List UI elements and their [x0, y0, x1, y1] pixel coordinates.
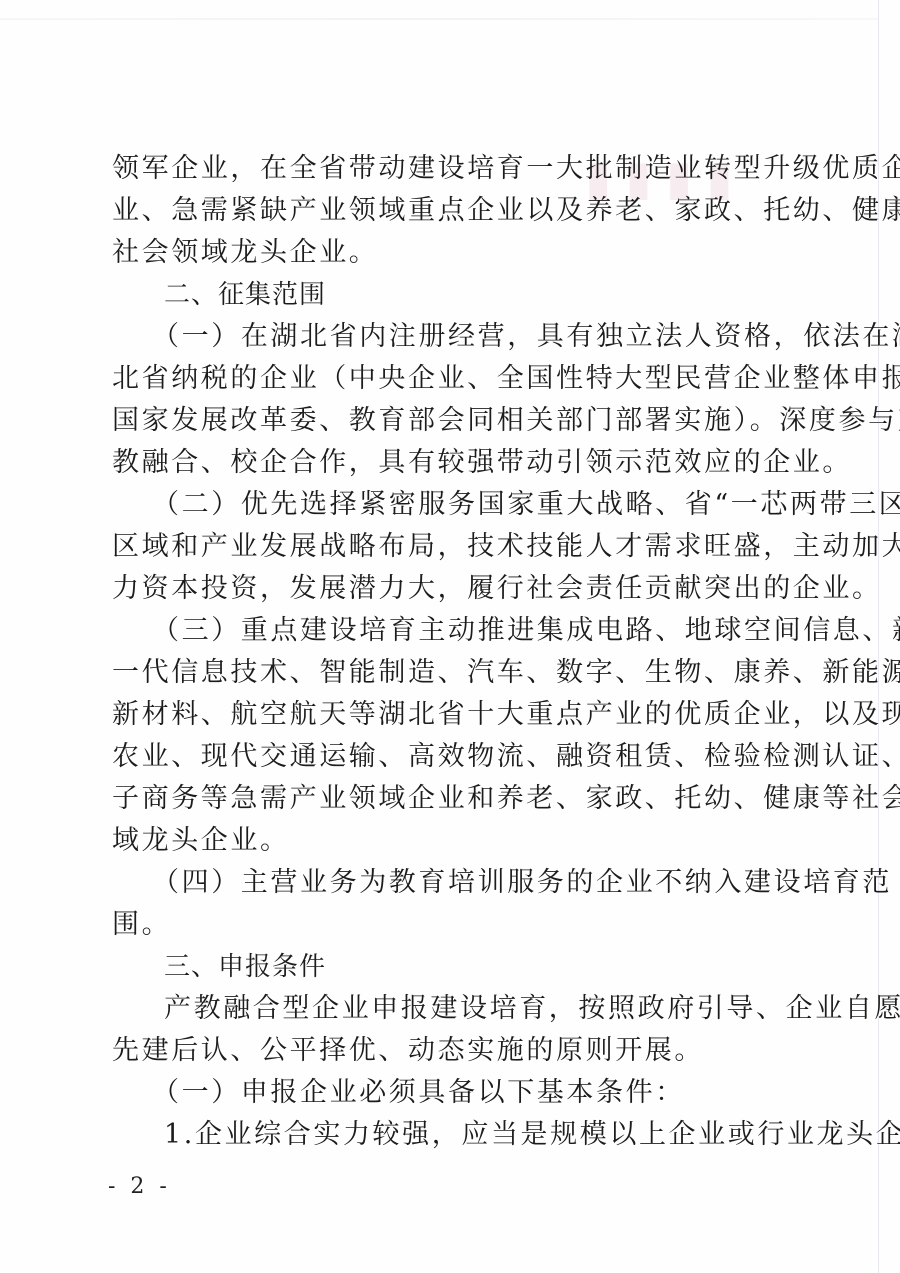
text-line: 子商务等急需产业领域企业和养老、家政、托幼、健康等社会领 — [112, 778, 796, 820]
text-line: 领军企业，在全省带动建设培育一大批制造业转型升级优质企 — [112, 148, 796, 190]
text-line: （一）申报企业必须具备以下基本条件： — [112, 1072, 796, 1114]
text-line: 力资本投资，发展潜力大，履行社会责任贡献突出的企业。 — [112, 568, 796, 610]
text-line: （一）在湖北省内注册经营，具有独立法人资格，依法在湖 — [112, 316, 796, 358]
document-body: 领军企业，在全省带动建设培育一大批制造业转型升级优质企 业、急需紧缺产业领域重点… — [112, 148, 796, 1156]
text-line: （二）优先选择紧密服务国家重大战略、省“一芯两带三区” — [112, 484, 796, 526]
text-line: 国家发展改革委、教育部会同相关部门部署实施）。深度参与产 — [112, 400, 796, 442]
text-line: （四）主营业务为教育培训服务的企业不纳入建设培育范 — [112, 862, 796, 904]
text-line: 农业、现代交通运输、高效物流、融资租赁、检验检测认证、电 — [112, 736, 796, 778]
text-line: 业、急需紧缺产业领域重点企业以及养老、家政、托幼、健康等 — [112, 190, 796, 232]
section-heading: 三、申报条件 — [112, 946, 796, 988]
text-line: 1.企业综合实力较强，应当是规模以上企业或行业龙头企 — [112, 1114, 796, 1156]
text-line: 域龙头企业。 — [112, 820, 796, 862]
text-line: （三）重点建设培育主动推进集成电路、地球空间信息、新 — [112, 610, 796, 652]
text-line: 一代信息技术、智能制造、汽车、数字、生物、康养、新能源与 — [112, 652, 796, 694]
text-line: 先建后认、公平择优、动态实施的原则开展。 — [112, 1030, 796, 1072]
text-line: 区域和产业发展战略布局，技术技能人才需求旺盛，主动加大人 — [112, 526, 796, 568]
page-number: - 2 - — [108, 1174, 171, 1199]
text-line: 新材料、航空航天等湖北省十大重点产业的优质企业，以及现代 — [112, 694, 796, 736]
text-line: 教融合、校企合作，具有较强带动引领示范效应的企业。 — [112, 442, 796, 484]
document-page: ▮▮▮▮ 领军企业，在全省带动建设培育一大批制造业转型升级优质企 业、急需紧缺产… — [0, 0, 900, 1273]
scan-artifact-top — [0, 18, 878, 20]
text-line: 社会领域龙头企业。 — [112, 232, 796, 274]
text-line: 产教融合型企业申报建设培育，按照政府引导、企业自愿、 — [112, 988, 796, 1030]
text-line: 围。 — [112, 904, 796, 946]
section-heading: 二、征集范围 — [112, 274, 796, 316]
text-line: 北省纳税的企业（中央企业、全国性特大型民营企业整体申报由 — [112, 358, 796, 400]
